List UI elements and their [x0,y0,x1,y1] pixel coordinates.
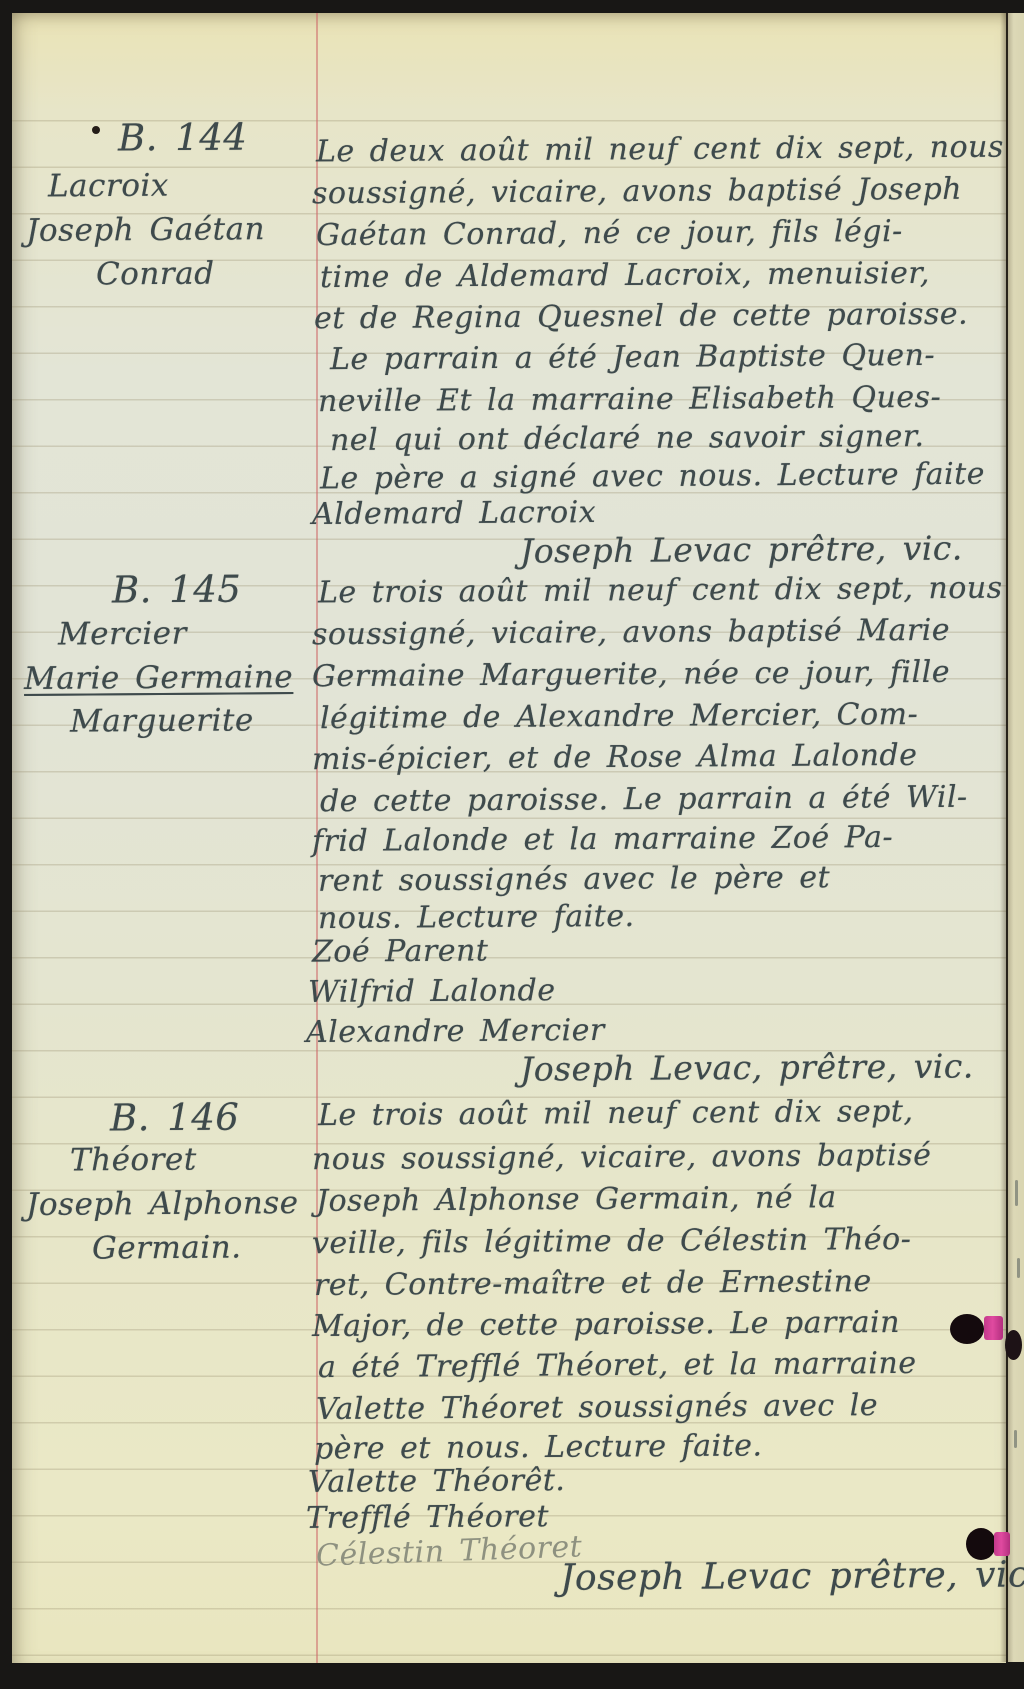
record-line: mis-épicier, et de Rose Alma Lalonde [312,738,918,777]
page-gutter-shadow [1000,13,1008,1662]
record-line: neville Et la marraine Elisabeth Ques- [318,380,941,419]
adjacent-page-edge [1008,13,1024,1662]
record-line: Le deux août mil neuf cent dix sept, nou… [316,130,1004,170]
record-line: Le trois août mil neuf cent dix sept, [318,1094,914,1133]
signature: Alexandre Mercier [306,1013,605,1050]
record-line: Major, de cette paroisse. Le parrain [312,1305,900,1344]
register-page-scan: B. 144 Lacroix Joseph Gaétan Conrad Le d… [0,0,1024,1689]
margin-given-names: Conrad [96,256,215,293]
record-line: de cette paroisse. Le parrain a été Wil- [320,780,968,820]
record-line: soussigné, vicaire, avons baptisé Marie [312,613,950,652]
record-line: légitime de Alexandre Mercier, Com- [320,697,918,736]
signature: Zoé Parent [312,933,489,969]
binding-ink-blot [950,1314,984,1344]
signature: Aldemard Lacroix [312,495,596,532]
record-line: Valette Théoret soussignés avec le [316,1388,878,1427]
entry-number: B. 146 [110,1096,240,1140]
officiant-signature: Joseph Levac, prêtre, vic. [520,1046,974,1088]
margin-given-names: Marie Germaine [24,659,293,697]
signature: Wilfrid Lalonde [308,973,556,1010]
signature: Trefflé Théoret [306,1499,549,1536]
margin-given-names: Joseph Alphonse [26,1185,299,1223]
record-line: time de Aldemard Lacroix, menuisier, [320,256,930,295]
record-line: veille, fils légitime de Célestin Théo- [312,1222,912,1261]
record-line: Germaine Marguerite, née ce jour, fille [312,655,950,694]
record-line: Le parrain a été Jean Baptiste Quen- [330,338,935,377]
entry-number: B. 145 [112,568,242,612]
officiant-signature: Joseph Levac prêtre, vic. [560,1554,1024,1598]
record-line: et de Regina Quesnel de cette paroisse. [314,297,968,337]
ink-speck [92,126,100,134]
record-line: nel qui ont déclaré ne savoir signer. [330,419,925,458]
margin-surname: Lacroix [48,168,169,205]
margin-surname: Théoret [70,1142,197,1179]
record-line: Joseph Alphonse Germain, né la [316,1180,837,1219]
adjacent-page-marks [1015,1180,1018,1206]
margin-given-names: Marguerite [70,702,254,739]
record-line: nous soussigné, vicaire, avons baptisé [312,1138,932,1177]
binding-thread [984,1316,1003,1340]
record-line: Le père a signé avec nous. Lecture faite [320,457,985,497]
record-line: Le trois août mil neuf cent dix sept, no… [318,571,1003,611]
binding-thread [994,1532,1010,1556]
record-line: rent soussignés avec le père et [318,860,830,899]
binding-ink-blot [1005,1330,1022,1360]
record-line: Gaétan Conrad, né ce jour, fils légi- [316,214,903,253]
adjacent-page-marks [1014,1430,1017,1448]
record-line: soussigné, vicaire, avons baptisé Joseph [312,172,962,212]
margin-surname: Mercier [58,616,187,653]
entry-number: B. 144 [118,116,248,160]
record-line: a été Trefflé Théoret, et la marraine [318,1346,917,1385]
adjacent-page-marks [1017,1258,1020,1278]
signature: Valette Théorêt. [308,1463,566,1500]
record-line: nous. Lecture faite. [318,899,635,936]
record-line: frid Lalonde et la marraine Zoé Pa- [312,820,893,859]
record-line: ret, Contre-maître et de Ernestine [314,1264,872,1303]
margin-given-names: Joseph Gaétan [26,211,265,249]
record-line: père et nous. Lecture faite. [314,1428,763,1466]
officiant-signature: Joseph Levac prêtre, vic. [520,528,963,570]
margin-given-names: Germain. [92,1229,242,1266]
binding-ink-blot [966,1528,996,1560]
